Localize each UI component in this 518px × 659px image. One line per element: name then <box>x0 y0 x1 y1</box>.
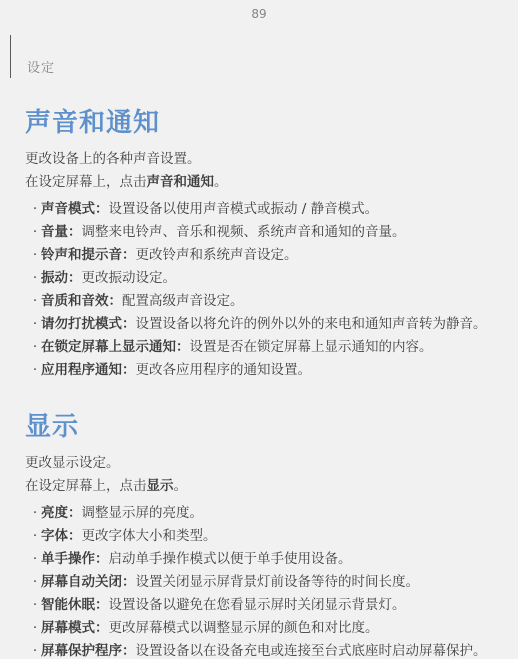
section-intro: 更改显示设定。 <box>25 452 514 475</box>
feature-term: 在锁定屏幕上显示通知： <box>41 339 190 355</box>
bullet-icon: · <box>29 336 41 359</box>
feature-desc: 设置关闭显示屏背景灯前设备等待的时间长度。 <box>136 574 420 590</box>
feature-item: · 屏幕模式：更改屏幕模式以调整显示屏的颜色和对比度。 <box>25 617 514 640</box>
feature-desc: 更改字体大小和类型。 <box>82 528 217 544</box>
feature-desc: 设置设备以避免在您看显示屏时关闭显示背景灯。 <box>109 597 406 613</box>
feature-item: · 屏幕自动关闭：设置关闭显示屏背景灯前设备等待的时间长度。 <box>25 571 514 594</box>
feature-text: 智能休眠：设置设备以避免在您看显示屏时关闭显示背景灯。 <box>41 594 514 617</box>
feature-desc: 调整显示屏的亮度。 <box>82 505 204 521</box>
instruction-period: 。 <box>214 174 228 190</box>
bullet-icon: · <box>29 502 41 525</box>
section-title: 显示 <box>25 413 514 441</box>
section: 显示 更改显示设定。 在设定屏幕上，点击显示。 · 亮度：调整显示屏的亮度。 ·… <box>25 413 514 659</box>
bullet-icon: · <box>29 571 41 594</box>
bullet-icon: · <box>29 221 41 244</box>
feature-text: 单手操作：启动单手操作模式以便于单手使用设备。 <box>41 548 514 571</box>
feature-text: 应用程序通知：更改各应用程序的通知设置。 <box>41 359 514 382</box>
feature-term: 音质和音效： <box>41 293 122 309</box>
feature-term: 应用程序通知： <box>41 362 136 378</box>
feature-term: 字体： <box>41 528 82 544</box>
bullet-icon: · <box>29 198 41 221</box>
feature-term: 音量： <box>41 224 82 240</box>
feature-desc: 启动单手操作模式以便于单手使用设备。 <box>109 551 352 567</box>
feature-item: · 铃声和提示音：更改铃声和系统声音设定。 <box>25 244 514 267</box>
feature-text: 屏幕自动关闭：设置关闭显示屏背景灯前设备等待的时间长度。 <box>41 571 514 594</box>
feature-text: 铃声和提示音：更改铃声和系统声音设定。 <box>41 244 514 267</box>
feature-text: 屏幕保护程序：设置设备以在设备充电或连接至台式底座时启动屏幕保护。 <box>41 640 514 659</box>
feature-term: 屏幕自动关闭： <box>41 574 136 590</box>
section-instruction: 在设定屏幕上，点击显示。 <box>25 475 514 498</box>
feature-list: · 声音模式：设置设备以使用声音模式或振动 / 静音模式。 · 音量：调整来电铃… <box>25 198 514 382</box>
feature-item: · 请勿打扰模式：设置设备以将允许的例外以外的来电和通知声音转为静音。 <box>25 313 514 336</box>
feature-term: 亮度： <box>41 505 82 521</box>
feature-list: · 亮度：调整显示屏的亮度。 · 字体：更改字体大小和类型。 · 单手操作：启动… <box>25 502 514 659</box>
feature-term: 屏幕保护程序： <box>41 643 136 659</box>
section-instruction: 在设定屏幕上，点击声音和通知。 <box>25 171 514 194</box>
feature-term: 屏幕模式： <box>41 620 109 636</box>
bullet-icon: · <box>29 525 41 548</box>
bullet-icon: · <box>29 244 41 267</box>
bullet-icon: · <box>29 617 41 640</box>
feature-item: · 振动：更改振动设定。 <box>25 267 514 290</box>
instruction-period: 。 <box>174 478 188 494</box>
feature-term: 智能休眠： <box>41 597 109 613</box>
feature-text: 屏幕模式：更改屏幕模式以调整显示屏的颜色和对比度。 <box>41 617 514 640</box>
feature-item: · 音量：调整来电铃声、音乐和视频、系统声音和通知的音量。 <box>25 221 514 244</box>
feature-desc: 配置高级声音设定。 <box>122 293 244 309</box>
feature-text: 音质和音效：配置高级声音设定。 <box>41 290 514 313</box>
bullet-icon: · <box>29 313 41 336</box>
feature-text: 声音模式：设置设备以使用声音模式或振动 / 静音模式。 <box>41 198 514 221</box>
feature-item: · 音质和音效：配置高级声音设定。 <box>25 290 514 313</box>
chapter-label: 设定 <box>27 57 55 78</box>
section: 声音和通知 更改设备上的各种声音设置。 在设定屏幕上，点击声音和通知。 · 声音… <box>25 109 514 382</box>
feature-item: · 屏幕保护程序：设置设备以在设备充电或连接至台式底座时启动屏幕保护。 <box>25 640 514 659</box>
bullet-icon: · <box>29 359 41 382</box>
bullet-icon: · <box>29 267 41 290</box>
feature-text: 字体：更改字体大小和类型。 <box>41 525 514 548</box>
section-intro: 更改设备上的各种声音设置。 <box>25 148 514 171</box>
feature-text: 音量：调整来电铃声、音乐和视频、系统声音和通知的音量。 <box>41 221 514 244</box>
feature-item: · 声音模式：设置设备以使用声音模式或振动 / 静音模式。 <box>25 198 514 221</box>
feature-desc: 设置设备以在设备充电或连接至台式底座时启动屏幕保护。 <box>136 643 487 659</box>
bullet-icon: · <box>29 290 41 313</box>
chapter-header: 设定 <box>10 35 518 78</box>
feature-term: 铃声和提示音： <box>41 247 136 263</box>
feature-text: 请勿打扰模式：设置设备以将允许的例外以外的来电和通知声音转为静音。 <box>41 313 514 336</box>
instruction-target: 显示 <box>147 478 174 494</box>
bullet-icon: · <box>29 640 41 659</box>
feature-desc: 更改铃声和系统声音设定。 <box>136 247 298 263</box>
feature-item: · 在锁定屏幕上显示通知：设置是否在锁定屏幕上显示通知的内容。 <box>25 336 514 359</box>
page-number: 89 <box>0 0 518 21</box>
manual-page: 89 设定 声音和通知 更改设备上的各种声音设置。 在设定屏幕上，点击声音和通知… <box>0 0 518 659</box>
feature-term: 声音模式： <box>41 201 109 217</box>
feature-item: · 亮度：调整显示屏的亮度。 <box>25 502 514 525</box>
content-area: 声音和通知 更改设备上的各种声音设置。 在设定屏幕上，点击声音和通知。 · 声音… <box>25 109 514 659</box>
instruction-target: 声音和通知 <box>147 174 215 190</box>
feature-term: 请勿打扰模式： <box>41 316 136 332</box>
feature-desc: 设置是否在锁定屏幕上显示通知的内容。 <box>190 339 433 355</box>
feature-item: · 应用程序通知：更改各应用程序的通知设置。 <box>25 359 514 382</box>
instruction-text: 在设定屏幕上，点击 <box>25 478 147 494</box>
feature-desc: 调整来电铃声、音乐和视频、系统声音和通知的音量。 <box>82 224 406 240</box>
bullet-icon: · <box>29 548 41 571</box>
feature-desc: 更改振动设定。 <box>82 270 177 286</box>
feature-text: 亮度：调整显示屏的亮度。 <box>41 502 514 525</box>
feature-desc: 更改屏幕模式以调整显示屏的颜色和对比度。 <box>109 620 379 636</box>
bullet-icon: · <box>29 594 41 617</box>
feature-term: 振动： <box>41 270 82 286</box>
feature-text: 在锁定屏幕上显示通知：设置是否在锁定屏幕上显示通知的内容。 <box>41 336 514 359</box>
feature-desc: 更改各应用程序的通知设置。 <box>136 362 312 378</box>
feature-text: 振动：更改振动设定。 <box>41 267 514 290</box>
section-title: 声音和通知 <box>25 109 514 137</box>
feature-item: · 智能休眠：设置设备以避免在您看显示屏时关闭显示背景灯。 <box>25 594 514 617</box>
feature-desc: 设置设备以将允许的例外以外的来电和通知声音转为静音。 <box>136 316 487 332</box>
feature-item: · 字体：更改字体大小和类型。 <box>25 525 514 548</box>
feature-term: 单手操作： <box>41 551 109 567</box>
feature-item: · 单手操作：启动单手操作模式以便于单手使用设备。 <box>25 548 514 571</box>
chapter-marker-bar <box>10 35 11 78</box>
instruction-text: 在设定屏幕上，点击 <box>25 174 147 190</box>
feature-desc: 设置设备以使用声音模式或振动 / 静音模式。 <box>109 201 379 217</box>
